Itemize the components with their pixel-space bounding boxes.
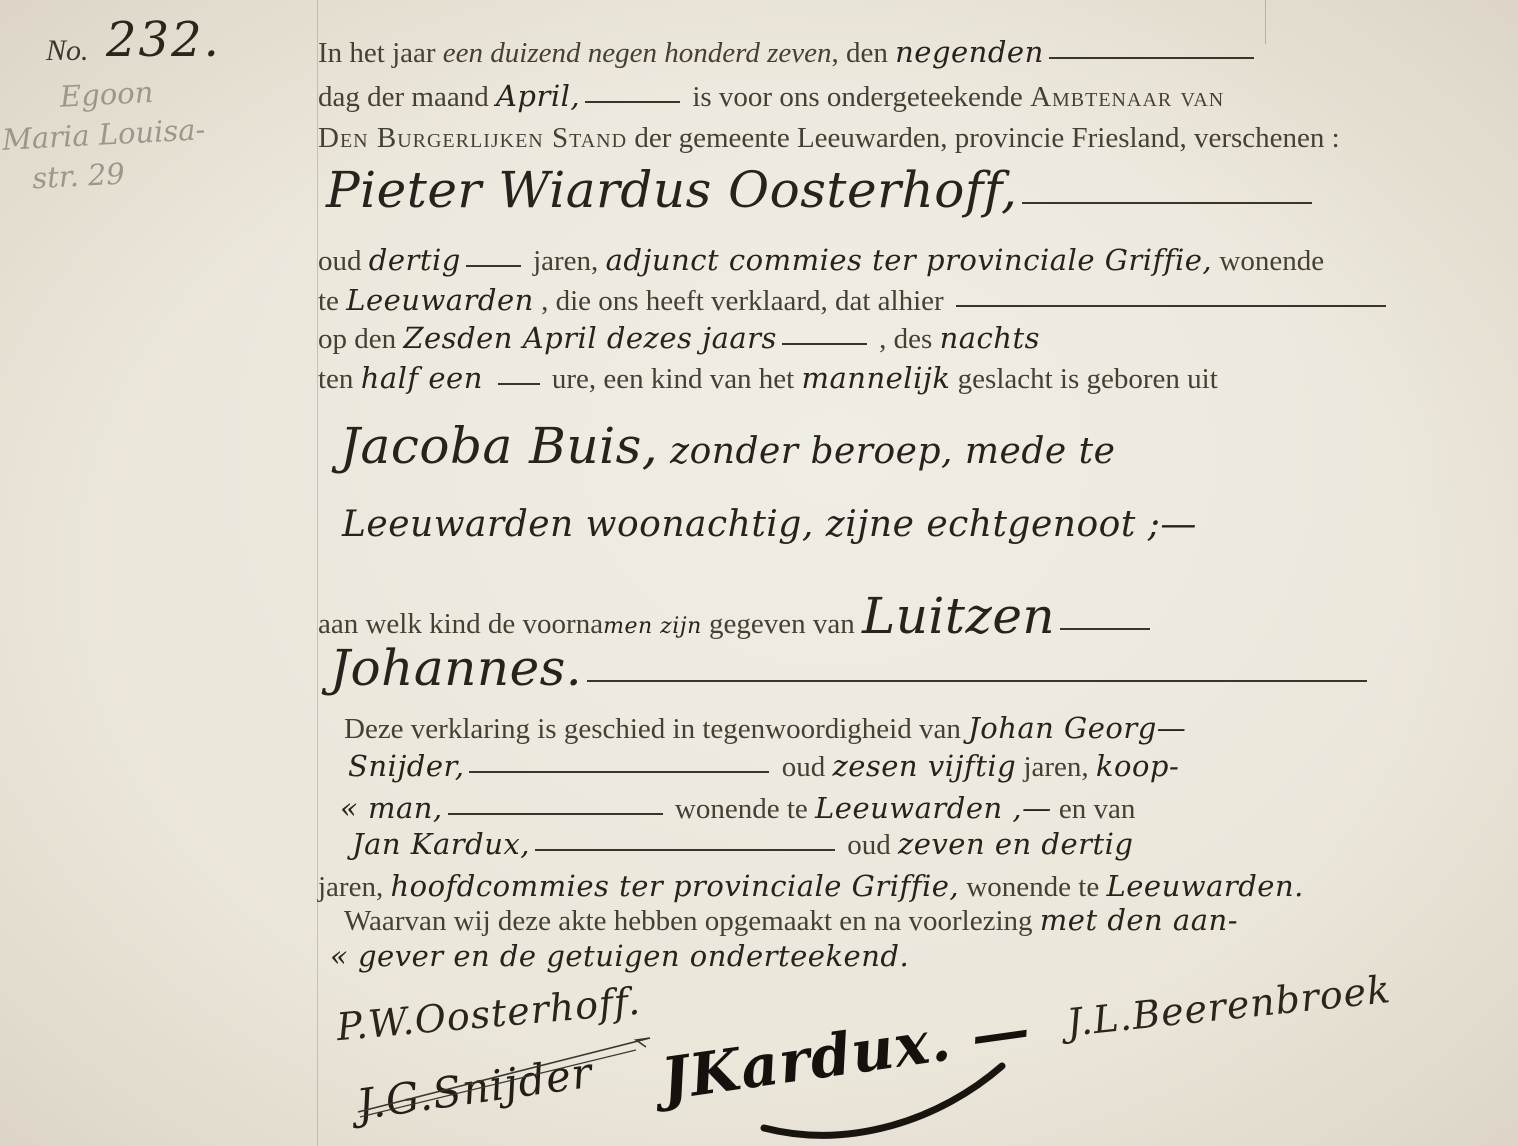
fill-rule [587,680,1367,682]
handwritten-text: Jacoba Buis, [340,417,658,475]
printed-text: en van [1052,793,1136,825]
printed-text: geslacht is geboren uit [950,363,1217,395]
document-line: « man, wonende te Leeuwarden ,— en van [340,792,1135,826]
printed-text: wonende te [668,793,815,825]
printed-text: te [318,285,346,317]
handwritten-text: zesen vijftig [832,749,1016,783]
printed-text: dag der maand [318,81,496,113]
handwritten-text: mannelijk [802,361,951,395]
document-line: op den Zesden April dezes jaars , des na… [318,322,1040,356]
printed-text: oud [840,829,898,861]
fill-rule [585,101,680,103]
printed-text: oud [774,751,832,783]
document-line: jaren, hoofdcommies ter provinciale Grif… [318,870,1304,904]
printed-text: Waarvan wij deze akte hebben opgemaakt e… [344,905,1040,937]
document-line: te Leeuwarden , die ons heeft verklaard,… [318,284,1391,318]
handwritten-text: April, [496,79,580,113]
handwritten-text: met den aan- [1040,903,1238,937]
signature-snijder: J.G.Snijder [354,1048,596,1130]
fill-rule [466,265,521,267]
handwritten-text: Leeuwarden ,— [815,791,1052,825]
handwritten-text: Zesden April dezes jaars [403,321,777,355]
handwritten-text: zeven en dertig [898,827,1134,861]
handwritten-text: Johan Georg— [968,711,1186,745]
document-line: aan welk kind de voornamen zijn gegeven … [318,588,1155,646]
document-line: Jacoba Buis, zonder beroep, mede te [340,418,1115,476]
handwritten-text: Leeuwarden woonachtig, zijne echtgenoot … [342,504,1197,545]
fill-rule [956,305,1386,307]
printed-text: is voor ons ondergeteekende [685,81,1030,113]
printed-text: jaren, [526,245,606,277]
top-crease-line [1265,0,1266,44]
fill-rule [782,343,867,345]
printed-text: In het jaar [318,37,443,69]
handwritten-text: dertig [369,243,461,277]
fill-rule [535,849,835,851]
fill-rule [448,813,663,815]
handwritten-text: men zijn [603,614,702,639]
printed-text: wonende [1212,245,1324,277]
document-line: Den Burgerlijken Stand der gemeente Leeu… [318,122,1340,155]
pencil-note: Egoon Maria Louisa- str. 29 [0,64,305,200]
handwritten-text: Snijder, [348,749,464,783]
handwritten-text: negenden [895,35,1044,69]
printed-text: jaren, [318,871,390,903]
act-number-label: No. [46,34,89,68]
printed-text: oud [318,245,369,277]
document-line: Waarvan wij deze akte hebben opgemaakt e… [344,904,1238,938]
handwritten-text: half een [361,361,493,395]
signature-beerenbroek: J.L.Beerenbroek [1065,967,1393,1045]
handwritten-text: Leeuwarden [346,283,534,317]
document-line: Snijder, oud zesen vijftig jaren, koop- [348,750,1179,784]
handwritten-text: Luitzen [862,587,1055,645]
act-number: 232. [106,12,221,68]
printed-text: Deze verklaring is geschied in tegenwoor… [344,713,968,745]
handwritten-text: nachts [940,321,1040,355]
left-margin-rule [317,0,318,1146]
printed-text: , den [831,37,895,69]
handwritten-text: « man, [340,791,443,825]
handwritten-text: Leeuwarden. [1106,869,1303,903]
document-line: Jan Kardux, oud zeven en dertig [352,828,1133,862]
printed-text: Den Burgerlijken Stand [318,122,627,154]
birth-certificate-page: No. 232. Egoon Maria Louisa- str. 29 In … [0,0,1518,1146]
printed-text: een duizend negen honderd zeven [443,37,832,69]
printed-text: ten [318,363,361,395]
printed-text: aan welk kind de voorna [318,608,603,640]
fill-rule [1022,202,1312,204]
document-line: In het jaar een duizend negen honderd ze… [318,36,1259,70]
document-line: dag der maand April, is voor ons onderge… [318,80,1224,114]
printed-text: wonende te [959,871,1106,903]
document-line: « gever en de getuigen onderteekend. [330,940,909,974]
printed-text: , die ons heeft verklaard, dat alhier [534,285,951,317]
handwritten-text: « gever en de getuigen onderteekend. [330,939,909,973]
printed-text: Ambtenaar van [1030,81,1224,113]
signature-oosterhoff: P.W.Oosterhoff. [335,979,643,1049]
fill-rule [1060,628,1150,630]
handwritten-text: hoofdcommies ter provinciale Griffie, [390,869,959,903]
document-line: Deze verklaring is geschied in tegenwoor… [344,712,1186,746]
document-line: Johannes. [330,640,1372,698]
handwritten-text: koop- [1096,749,1179,783]
signature-kardux: JKardux. — [657,994,1035,1113]
handwritten-text: Johannes. [330,639,582,697]
printed-text: jaren, [1016,751,1096,783]
handwritten-text: Jan Kardux, [352,827,530,861]
fill-rule [1049,57,1254,59]
document-line: Leeuwarden woonachtig, zijne echtgenoot … [342,504,1197,545]
printed-text: ure, een kind van het [545,363,802,395]
handwritten-text: adjunct commies ter provinciale Griffie, [606,243,1213,277]
printed-text: gegeven van [702,608,862,640]
printed-text: op den [318,323,403,355]
handwritten-text: zonder beroep, mede te [658,431,1115,472]
fill-rule [469,771,769,773]
handwritten-text: Pieter Wiardus Oosterhoff, [326,161,1017,219]
document-line: oud dertig jaren, adjunct commies ter pr… [318,244,1324,278]
document-line: ten half een ure, een kind van het manne… [318,362,1218,396]
document-line: Pieter Wiardus Oosterhoff, [326,162,1317,220]
printed-text: der gemeente Leeuwarden, provincie Fries… [627,122,1340,154]
printed-text: , des [872,323,940,355]
fill-rule [498,383,540,385]
